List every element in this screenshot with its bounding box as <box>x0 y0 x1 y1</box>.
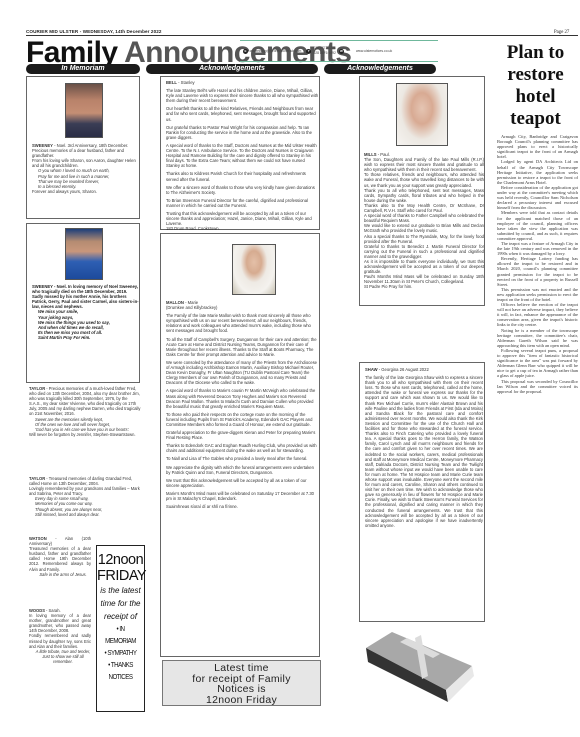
header-acknowledgements-2: Acknowledgements <box>324 64 436 74</box>
promo-line: receipt of <box>97 610 144 623</box>
notice-intro: - Precious memories of a much-loved fath… <box>29 386 140 416</box>
email-icon: E <box>243 49 248 54</box>
photo-sweeney-2 <box>65 228 103 280</box>
article-paragraph: Noting he is a member of the townscape h… <box>497 328 578 348</box>
notice-paragraph: The family of the late Georgina Shaw wis… <box>365 375 483 528</box>
promo-item: • SYMPATHY <box>101 647 141 659</box>
email-link[interactable]: advertising@tyronecourier.uk.com <box>250 49 301 53</box>
notice-line: Patrick, Gerry, Paul and sister Carmel, … <box>32 299 140 309</box>
notice-paragraph: Thanks also to Kildress Parish Church fo… <box>166 171 319 181</box>
notice-paragraph: We were consoled by the attendance of ma… <box>166 360 319 385</box>
notice-paragraph: Grateful appreciation to the grave-digge… <box>166 430 319 440</box>
verse-line: Safe in the arms of Jesus. <box>29 572 91 577</box>
notice-sweeney-anniversary: SWEENEY - Noel. 3rd Anniversary, 18th De… <box>26 76 140 219</box>
verse-line: Still missed, loved and always dear. <box>29 512 141 517</box>
notice-signature: Will never be forgotten by Jennifer, Ste… <box>29 432 141 437</box>
article-paragraph: Lodged by agent DA Architects Ltd on beh… <box>497 159 578 184</box>
phone-2[interactable]: 028 8676 6692 <box>313 51 336 56</box>
website-link[interactable]: www.ulsternotices.co.uk <box>356 49 392 53</box>
notice-paragraph: As it is impossible to thank everyone in… <box>364 259 484 274</box>
phone-icon: T <box>306 49 311 54</box>
notice-name: BELL <box>166 80 177 85</box>
notice-shaw: SHAW - Georgina 26 August 2022 The famil… <box>359 362 485 622</box>
promo-item: • IN MEMORIAM <box>101 623 141 647</box>
notice-line: In loving memory of a dear mother, grand… <box>29 613 91 633</box>
notice-paragraph: To Brian Steenson Funeral Director for t… <box>166 198 319 208</box>
article-paragraph: The teapot was a feature of Armagh City … <box>497 241 578 256</box>
article-paragraph: Recently, Heritage Lottery funding has a… <box>497 256 578 287</box>
article-paragraph: This permission was not enacted and the … <box>497 287 578 302</box>
notice-paragraph: To those relatives, friends and neighbou… <box>364 172 484 187</box>
article-body: Armagh City, Banbridge and Craigavon Bor… <box>493 134 578 394</box>
promo-item: NOTICES <box>101 671 141 683</box>
bible-cross-icon <box>360 628 478 706</box>
deadline-banner: Latest time for receipt of Family Notice… <box>162 660 321 706</box>
notice-name: SHAW <box>365 367 378 372</box>
notice-subtitle: (Drumkee and Killybrackey) <box>166 305 319 310</box>
notice-text: SHAW - Georgina 26 August 2022 The famil… <box>365 367 483 621</box>
article-paragraph: This proposal was seconded by Councillor… <box>497 379 578 394</box>
article-paragraph: Members were told that as contact detail… <box>497 210 578 241</box>
notice-paragraph: Grateful to thanks to Benedict J. Martin… <box>364 244 484 259</box>
notice-paragraph: Our heartfelt thanks to all the kind Rel… <box>166 106 319 121</box>
article-headline: Plan to restore hotel teapot <box>493 42 578 130</box>
promo-line: FRIDAY <box>97 568 144 584</box>
notice-text: SWEENEY - Noel. In loving memory of Noel… <box>32 284 140 340</box>
notice-paragraph: A special word of thanks to Marie's cous… <box>166 388 319 408</box>
notice-mallon: MALLON - Marie (Drumkee and Killybrackey… <box>160 233 320 657</box>
notice-watson: WATSON - Alan (10th Anniversary) Treasur… <box>29 536 91 577</box>
notice-paragraph: To those who paid their respects on the … <box>166 412 319 427</box>
notice-paragraph: The late Stanley Bell's wife Hazel and h… <box>166 88 319 103</box>
notice-paragraph: A special word of thanks to the Staff, D… <box>166 143 319 168</box>
photo-mills <box>396 83 448 146</box>
promo-line: 12noon <box>97 552 144 568</box>
notice-text: MALLON - Marie (Drumkee and Killybrackey… <box>166 300 319 656</box>
notice-signature: Saint Martin Pray For Him. <box>32 335 140 340</box>
notice-paragraph: Thanks also to the Moy Health Centre, Dr… <box>364 203 484 213</box>
contact-bar: E advertising@tyronecourier.uk.com T 028… <box>240 40 438 62</box>
photo-mallon <box>232 244 276 295</box>
notice-paragraph: Marie's Month's Mind mass will be celebr… <box>166 491 319 501</box>
phone-numbers: 028 8772 2271 028 8676 6692 <box>313 46 336 56</box>
article-paragraph: Before consideration of the application … <box>497 185 578 210</box>
notice-paragraph: Thanks to Edendork GAC and Eoghan Ruadh … <box>166 443 319 453</box>
notice-woods: WOODS - Sarah. In loving memory of a dea… <box>29 608 91 664</box>
header-acknowledgements-1: Acknowledgements <box>146 64 318 74</box>
notice-paragraph: Suaimhneas síoraí dí ar shlí na fírinne. <box>166 504 319 509</box>
notice-paragraph: We appreciate the dignity with which the… <box>166 465 319 475</box>
notice-paragraph: We trust that this acknowledgement will … <box>166 478 319 488</box>
photo-sweeney-1 <box>65 83 103 138</box>
article-paragraph: Armagh City, Banbridge and Craigavon Bor… <box>497 134 578 159</box>
promo-item: • THANKS <box>101 659 141 671</box>
notice-paragraph: Trusting that this acknowledgement will … <box>166 211 319 226</box>
notice-text: MILLS - Paul. The Son, Daughters and Fam… <box>364 152 484 306</box>
notice-line: Treasured memories of a dear husband, fa… <box>29 546 91 571</box>
notice-taylor-father: TAYLOR - Precious memories of a much-lov… <box>29 386 141 437</box>
notice-address: 183 Drum Road, Cookstown. <box>166 226 319 230</box>
notice-taylor-grandad: TAYLOR - Treasured memories of darling G… <box>29 476 141 517</box>
notice-paragraph: To all the Staff of Campbell's Surgery, … <box>166 337 319 357</box>
header-in-memoriam: In Memoriam <box>26 64 140 74</box>
notice-paragraph: We offer a sincere word of thanks to tho… <box>166 185 319 195</box>
notice-paragraph: St Padre Pio Pray for him. <box>364 284 484 289</box>
notice-line: From his loving wife Sharon, son Aaron, … <box>32 158 140 168</box>
notice-intro: - Treasured memories of darling Grandad … <box>29 476 132 486</box>
web-icon: W <box>339 49 344 54</box>
notice-line: Precious memories of a dear husband, fat… <box>32 148 140 158</box>
notice-text: SWEENEY - Noel. 3rd Anniversary, 18th De… <box>32 143 140 194</box>
notice-paragraph: We would like to extend our gratitude to… <box>364 223 484 233</box>
notice-paragraph: The Family of the late Marie Mallon wish… <box>166 313 319 333</box>
notice-sweeney-memory: SWEENEY - Noel. In loving memory of Noel… <box>26 223 140 383</box>
notice-signature: Forever and always yours, Sharon. <box>32 189 140 194</box>
promo-line: is the latest <box>97 584 144 597</box>
article-paragraph: Following several teapot puns, a proposa… <box>497 348 578 379</box>
promo-line: time for the <box>97 597 144 610</box>
notice-mills: MILLS - Paul. The Son, Daughters and Fam… <box>359 76 485 306</box>
banner-line: Latest time <box>163 663 320 674</box>
notice-text: BELL - Stanley The late Stanley Bell's w… <box>166 80 319 230</box>
notice-paragraph: A special word of thanks to Father Campb… <box>364 213 484 223</box>
notice-paragraph: To Niall and Lisa of The Gables who prov… <box>166 456 319 461</box>
notice-paragraph: Paul's Months Mind Mass will be celebrat… <box>364 274 484 284</box>
masthead: COURIER MID ULSTER - WEDNESDAY, 14th Dec… <box>26 29 486 34</box>
notice-line: Fondly remembered and sadly missed by da… <box>29 633 91 648</box>
notice-paragraph: Thank you to all who telephoned, sent te… <box>364 188 484 203</box>
article-paragraph: Officers believe the erection of the tea… <box>497 302 578 327</box>
notice-line: Lovingly remembered by your grandsons an… <box>29 486 141 496</box>
notice-intro: - Stanley <box>177 80 195 85</box>
notice-bell: BELL - Stanley The late Stanley Bell's w… <box>160 76 320 230</box>
news-article: Plan to restore hotel teapot Armagh City… <box>493 42 578 394</box>
deadline-promo-box: 12noon FRIDAY is the latest time for the… <box>96 545 145 712</box>
notice-paragraph: The Son, Daughters and Family of the lat… <box>364 157 484 172</box>
notice-paragraph: Our grateful thanks to Pastor Paul Wrigh… <box>166 125 319 140</box>
banner-line: 12noon Friday <box>163 695 320 706</box>
banner-line: Notices is <box>163 684 320 695</box>
notice-intro: - Georgina 26 August 2022 <box>378 367 429 372</box>
notice-paragraph: Also a special thanks to The Ryandale, M… <box>364 234 484 244</box>
verse-line: Just to show we still all remember. <box>29 654 91 664</box>
